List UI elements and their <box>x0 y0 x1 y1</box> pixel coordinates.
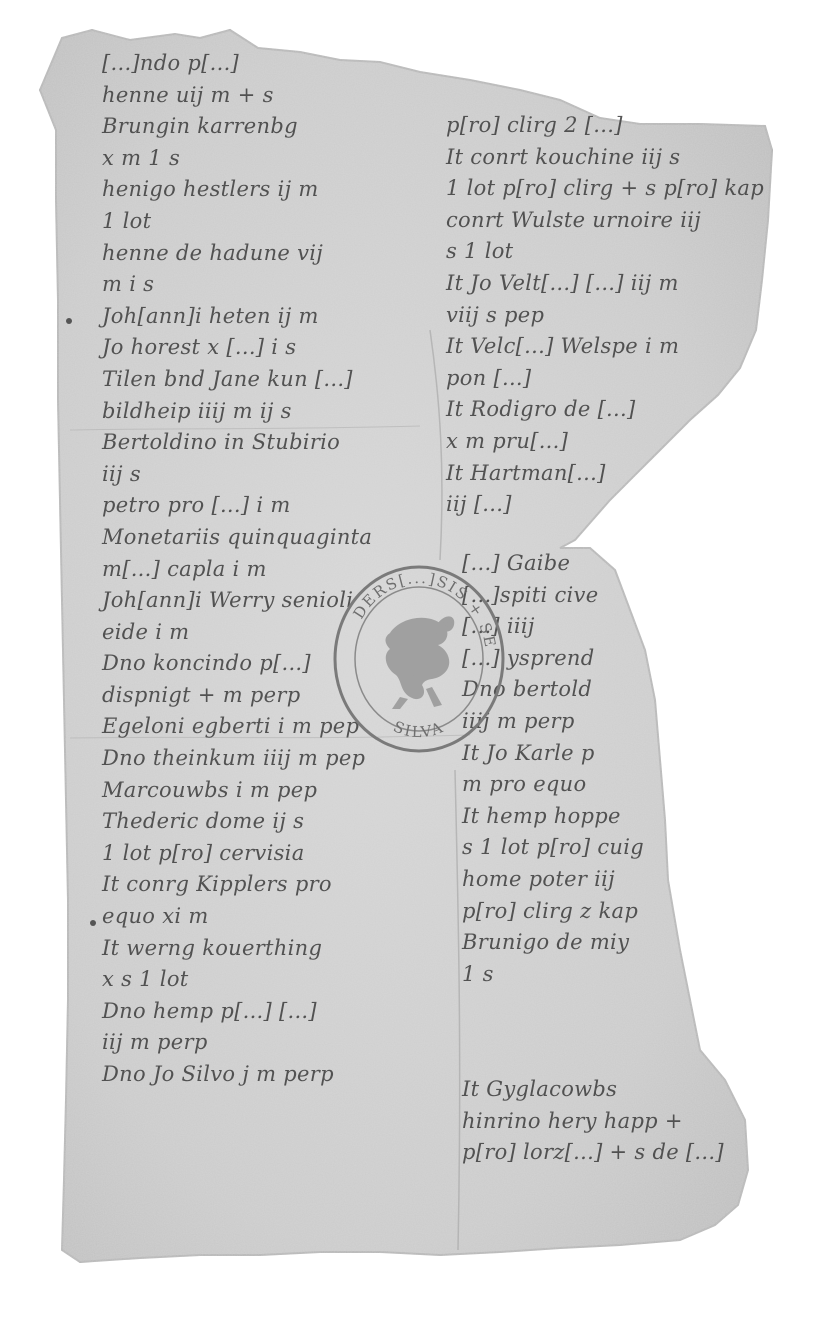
right-column-upper-text: p[ro] clirg 2 [...] It conrt kouchine ii… <box>446 110 764 521</box>
text-line: pon [...] <box>446 363 764 395</box>
text-line: x m pru[...] <box>446 426 764 458</box>
text-line: It hemp hoppe <box>462 801 644 833</box>
text-line: henne de hadune vij <box>102 238 372 270</box>
text-line: Dno Jo Silvo j m perp <box>102 1059 372 1091</box>
text-line: p[ro] lorz[...] + s de [...] <box>462 1137 724 1169</box>
text-line: hinrino hery happ + <box>462 1106 724 1138</box>
text-line: It Jo Velt[...] [...] iij m <box>446 268 764 300</box>
text-line: 1 lot <box>102 206 372 238</box>
text-line: m pro equo <box>462 769 644 801</box>
text-line: It Gyglacowbs <box>462 1074 724 1106</box>
text-line: m i s <box>102 269 372 301</box>
text-line: iij [...] <box>446 489 764 521</box>
text-line: henne uij m + s <box>102 80 372 112</box>
text-line: 1 lot p[ro] cervisia <box>102 838 372 870</box>
text-line: Joh[ann]i heten ij m <box>102 301 372 333</box>
text-line: p[ro] clirg 2 [...] <box>446 110 764 142</box>
text-line: x s 1 lot <box>102 964 372 996</box>
text-line: Jo horest x [...] i s <box>102 332 372 364</box>
text-line: petro pro [...] i m <box>102 490 372 522</box>
text-line: Dno hemp p[...] [...] <box>102 996 372 1028</box>
text-line: It conrt kouchine iij s <box>446 142 764 174</box>
text-line: s 1 lot <box>446 236 764 268</box>
manuscript-image: [...]ndo p[...] henne uij m + s Brungin … <box>0 0 830 1322</box>
text-line: It werng kouerthing <box>102 933 372 965</box>
text-line: It Velc[...] Welspe i m <box>446 331 764 363</box>
text-line: 1 s <box>462 959 644 991</box>
right-column-bottom-text: It Gyglacowbs hinrino hery happ + p[ro] … <box>462 1074 724 1169</box>
text-line: It Rodigro de [...] <box>446 394 764 426</box>
text-line: Thederic dome ij s <box>102 806 372 838</box>
library-stamp: DERS[...]SIS + SE SILVA <box>330 563 508 755</box>
text-line: iij m perp <box>102 1027 372 1059</box>
lion-emblem-icon <box>386 616 455 709</box>
text-line: Marcouwbs i m pep <box>102 775 372 807</box>
text-line: It Hartman[...] <box>446 458 764 490</box>
text-line: p[ro] clirg z kap <box>462 896 644 928</box>
text-line: x m 1 s <box>102 143 372 175</box>
text-line: conrt Wulste urnoire iij <box>446 205 764 237</box>
margin-mark <box>90 920 96 926</box>
text-line: Monetariis quinquaginta <box>102 522 372 554</box>
text-line: Bertoldino in Stubirio <box>102 427 372 459</box>
text-line: iij s <box>102 459 372 491</box>
text-line: home poter iij <box>462 864 644 896</box>
text-line: Tilen bnd Jane kun [...] <box>102 364 372 396</box>
text-line: s 1 lot p[ro] cuig <box>462 832 644 864</box>
text-line: [...]ndo p[...] <box>102 48 372 80</box>
text-line: viij s pep <box>446 300 764 332</box>
margin-mark <box>66 318 72 324</box>
text-line: Brunigo de miy <box>462 927 644 959</box>
text-line: 1 lot p[ro] clirg + s p[ro] kap <box>446 173 764 205</box>
text-line: Brungin karrenbg <box>102 111 372 143</box>
text-line: It conrg Kipplers pro <box>102 869 372 901</box>
text-line: equo xi m <box>102 901 372 933</box>
stamp-bottom-text: SILVA <box>391 717 447 741</box>
text-line: henigo hestlers ij m <box>102 174 372 206</box>
text-line: bildheip iiij m ij s <box>102 396 372 428</box>
